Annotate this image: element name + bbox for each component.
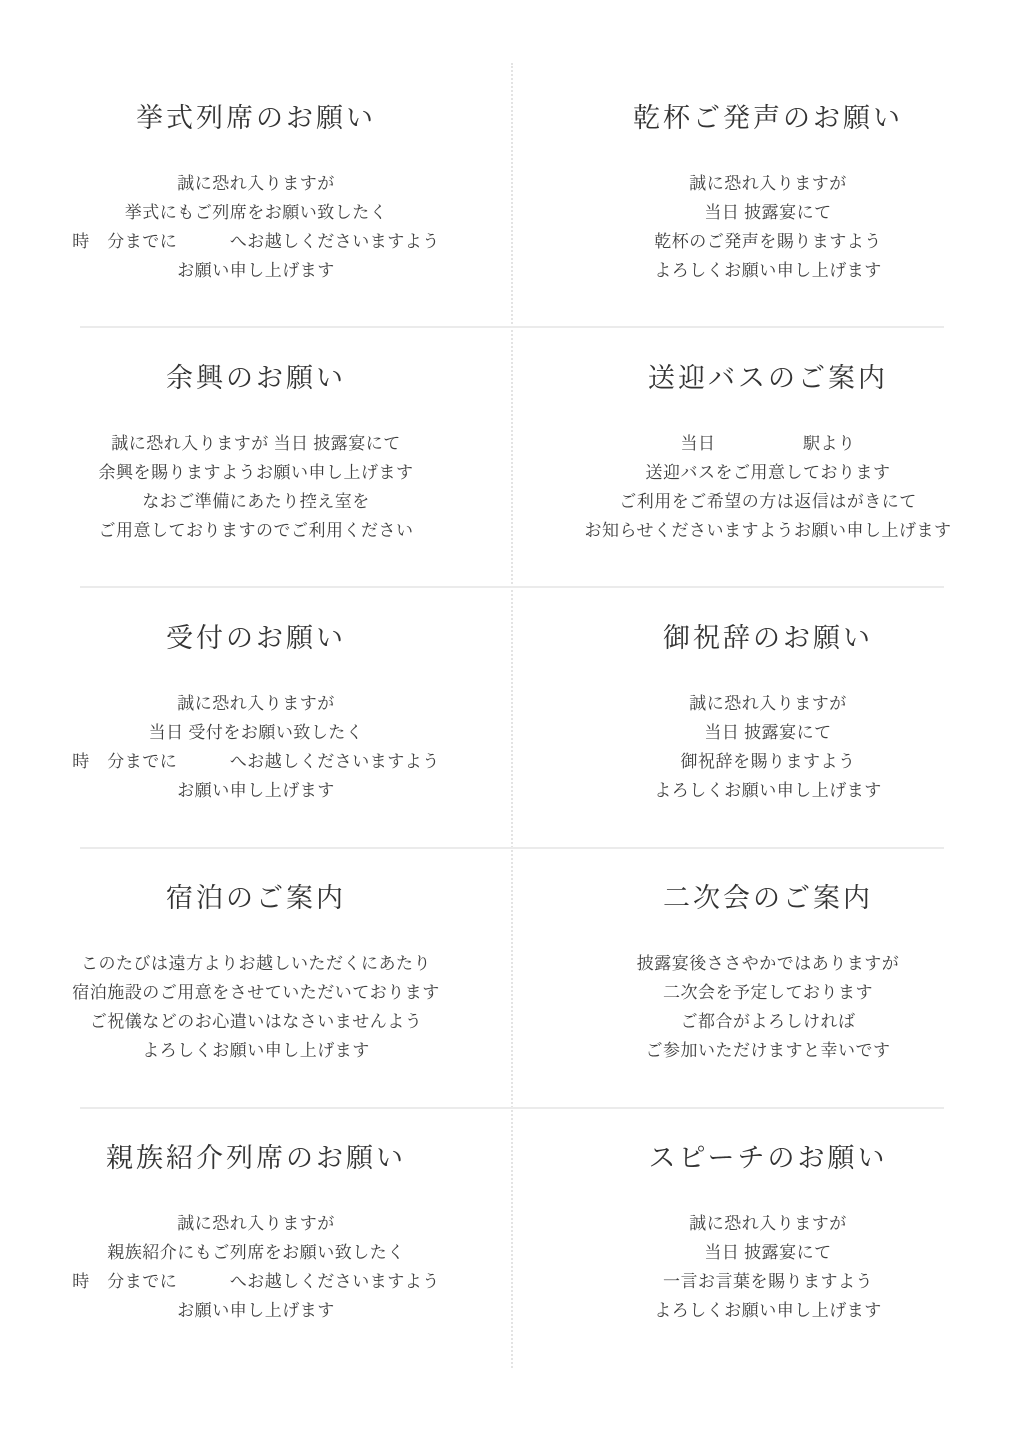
card-line: 乾杯のご発声を賜りますよう [654,227,882,256]
card-title: 御祝辞のお願い [663,620,873,656]
card-line: ご祝儀などのお心遣いはなさいませんよう [72,1007,440,1036]
fusen-card: 挙式列席のお願い 誠に恐れ入りますが挙式にもご列席をお願い致したく時 分までに … [0,67,512,327]
card-title: 余興のお願い [166,360,346,396]
card-line: お願い申し上げます [72,1296,440,1325]
fusen-card: 宿泊のご案内 このたびは遠方よりお越しいただくにあたり宿泊施設のご用意をさせてい… [0,847,512,1107]
card-title: 親族紹介列席のお願い [106,1140,406,1176]
card-line: 送迎バスをご用意しております [585,458,952,487]
card-title: 二次会のご案内 [663,880,873,916]
card-title: 宿泊のご案内 [166,880,346,916]
card-line: 時 分までに へお越しくださいますよう [72,747,440,776]
card-line: 誠に恐れ入りますが 当日 披露宴にて [99,429,414,458]
card-body: 誠に恐れ入りますが親族紹介にもご列席をお願い致したく時 分までに へお越しくださ… [72,1209,440,1325]
card-line: 誠に恐れ入りますが [654,169,882,198]
card-line: 当日 駅より [585,429,952,458]
card-title: 受付のお願い [166,620,346,656]
card-body: 誠に恐れ入りますが当日 披露宴にて一言お言葉を賜りますようよろしくお願い申し上げ… [654,1209,882,1325]
fusen-card: 乾杯ご発声のお願い 誠に恐れ入りますが当日 披露宴にて乾杯のご発声を賜りますよう… [512,67,1024,327]
card-body: 誠に恐れ入りますが 当日 披露宴にて余興を賜りますようお願い申し上げますなおご準… [99,429,414,545]
card-body: 誠に恐れ入りますが挙式にもご列席をお願い致したく時 分までに へお越しくださいま… [72,169,440,285]
card-line: よろしくお願い申し上げます [654,256,882,285]
card-line: ご利用をご希望の方は返信はがきにて [585,487,952,516]
card-line: 時 分までに へお越しくださいますよう [72,1267,440,1296]
fusen-sheet: 挙式列席のお願い 誠に恐れ入りますが挙式にもご列席をお願い致したく時 分までに … [0,0,1024,1436]
fusen-card: スピーチのお願い 誠に恐れ入りますが当日 披露宴にて一言お言葉を賜りますようよろ… [512,1107,1024,1367]
card-line: 一言お言葉を賜りますよう [654,1267,882,1296]
card-line: 余興を賜りますようお願い申し上げます [99,458,414,487]
card-line: お願い申し上げます [72,256,440,285]
card-title: 送迎バスのご案内 [648,360,888,396]
card-body: 誠に恐れ入りますが当日 披露宴にて御祝辞を賜りますようよろしくお願い申し上げます [654,689,882,805]
card-line: 当日 受付をお願い致したく [72,718,440,747]
card-line: 御祝辞を賜りますよう [654,747,882,776]
fusen-card: 受付のお願い 誠に恐れ入りますが当日 受付をお願い致したく時 分までに へお越し… [0,587,512,847]
card-line: なおご準備にあたり控え室を [99,487,414,516]
card-body: 当日 駅より送迎バスをご用意しておりますご利用をご希望の方は返信はがきにてお知ら… [585,429,952,545]
card-line: 二次会を予定しております [637,978,900,1007]
card-line: 誠に恐れ入りますが [72,1209,440,1238]
card-line: 誠に恐れ入りますが [72,169,440,198]
card-line: 宿泊施設のご用意をさせていただいております [72,978,440,1007]
card-grid: 挙式列席のお願い 誠に恐れ入りますが挙式にもご列席をお願い致したく時 分までに … [0,67,1024,1367]
card-line: ご都合がよろしければ [637,1007,900,1036]
card-line: 当日 披露宴にて [654,1238,882,1267]
card-line: ご参加いただけますと幸いです [637,1036,900,1065]
fusen-card: 送迎バスのご案内 当日 駅より送迎バスをご用意しておりますご利用をご希望の方は返… [512,327,1024,587]
card-body: 披露宴後ささやかではありますが二次会を予定しておりますご都合がよろしければご参加… [637,949,900,1065]
card-line: 当日 披露宴にて [654,198,882,227]
card-line: 誠に恐れ入りますが [654,1209,882,1238]
fusen-card: 御祝辞のお願い 誠に恐れ入りますが当日 披露宴にて御祝辞を賜りますようよろしくお… [512,587,1024,847]
card-line: 誠に恐れ入りますが [72,689,440,718]
card-line: よろしくお願い申し上げます [654,776,882,805]
fusen-card: 親族紹介列席のお願い 誠に恐れ入りますが親族紹介にもご列席をお願い致したく時 分… [0,1107,512,1367]
card-body: 誠に恐れ入りますが当日 披露宴にて乾杯のご発声を賜りますようよろしくお願い申し上… [654,169,882,285]
card-line: 時 分までに へお越しくださいますよう [72,227,440,256]
card-title: 挙式列席のお願い [136,100,376,136]
card-line: お知らせくださいますようお願い申し上げます [585,516,952,545]
card-line: このたびは遠方よりお越しいただくにあたり [72,949,440,978]
card-line: 当日 披露宴にて [654,718,882,747]
card-line: お願い申し上げます [72,776,440,805]
card-line: よろしくお願い申し上げます [654,1296,882,1325]
card-line: 誠に恐れ入りますが [654,689,882,718]
card-body: このたびは遠方よりお越しいただくにあたり宿泊施設のご用意をさせていただいておりま… [72,949,440,1065]
card-line: 親族紹介にもご列席をお願い致したく [72,1238,440,1267]
card-line: 披露宴後ささやかではありますが [637,949,900,978]
card-title: スピーチのお願い [649,1140,888,1176]
card-line: ご用意しておりますのでご利用ください [99,516,414,545]
card-title: 乾杯ご発声のお願い [633,100,903,136]
fusen-card: 余興のお願い 誠に恐れ入りますが 当日 披露宴にて余興を賜りますようお願い申し上… [0,327,512,587]
card-body: 誠に恐れ入りますが当日 受付をお願い致したく時 分までに へお越しくださいますよ… [72,689,440,805]
fusen-card: 二次会のご案内 披露宴後ささやかではありますが二次会を予定しておりますご都合がよ… [512,847,1024,1107]
card-line: よろしくお願い申し上げます [72,1036,440,1065]
card-line: 挙式にもご列席をお願い致したく [72,198,440,227]
